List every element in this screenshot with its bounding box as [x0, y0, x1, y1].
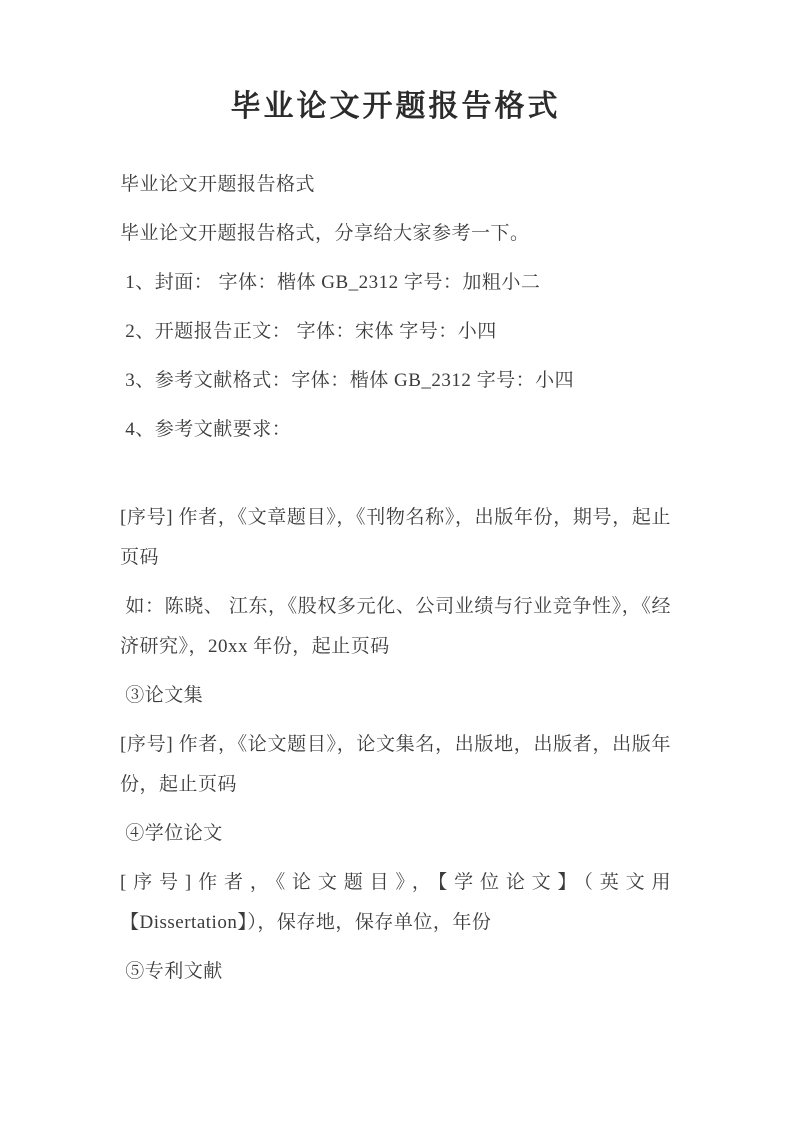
paragraph: 1、封面： 字体：楷体 GB_2312 字号：加粗小二 [120, 263, 671, 303]
document-title: 毕业论文开题报告格式 [120, 85, 671, 129]
paragraph: [序号]作者，《论文题目》，【学位论文】（英文用【Dissertation】），… [120, 863, 671, 943]
paragraph: [序号] 作者，《论文题目》，论文集名，出版地，出版者，出版年份，起止页码 [120, 725, 671, 805]
paragraph: [序号] 作者，《文章题目》，《刊物名称》，出版年份，期号，起止页码 [120, 498, 671, 578]
paragraph: 如：陈晓、 江东，《股权多元化、公司业绩与行业竞争性》，《经济研究》，20xx … [120, 587, 671, 667]
paragraph: 毕业论文开题报告格式 [120, 165, 671, 205]
paragraph: 2、开题报告正文： 字体：宋体 字号：小四 [120, 312, 671, 352]
paragraph: 3、参考文献格式：字体：楷体 GB_2312 字号：小四 [120, 361, 671, 401]
document-body: 毕业论文开题报告格式毕业论文开题报告格式，分享给大家参考一下。 1、封面： 字体… [120, 165, 671, 992]
paragraph: ⑤专利文献 [120, 952, 671, 992]
paragraph: ④学位论文 [120, 814, 671, 854]
paragraph-spacer [120, 459, 671, 489]
paragraph: 毕业论文开题报告格式，分享给大家参考一下。 [120, 214, 671, 254]
document-page: 毕业论文开题报告格式 毕业论文开题报告格式毕业论文开题报告格式，分享给大家参考一… [0, 0, 793, 1122]
paragraph: 4、参考文献要求： [120, 410, 671, 450]
paragraph: ③论文集 [120, 676, 671, 716]
